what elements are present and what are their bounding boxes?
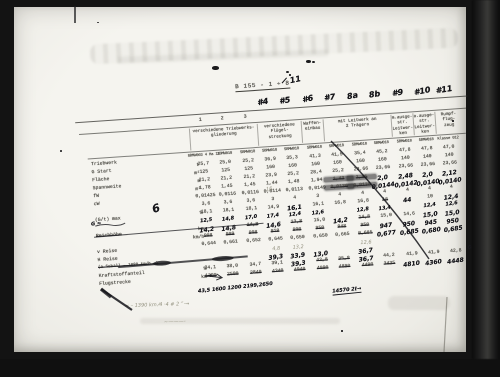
row-label: Flugstrecke xyxy=(99,280,131,287)
row-label: Triebwerk xyxy=(91,161,117,168)
annotation: 14570 2ℓ→ xyxy=(332,286,362,296)
annotation: G xyxy=(467,244,472,251)
tilted-document-content: B 155 - 1 ÷ 8 11 123#4#5#6#78a8b#9#10#11… xyxy=(0,0,500,359)
column-number-handwritten: #7 xyxy=(324,92,336,102)
column-number: 3 xyxy=(235,113,255,120)
annotation: ≈ – 1390 km ⁄4 ·4 # 2 ‴·⇝ xyxy=(125,301,190,309)
column-number-handwritten: #6 xyxy=(301,93,314,104)
annotation: 43,5 1600 1200 2199,2650 xyxy=(198,281,273,295)
table-cell-pencil: 13,2 xyxy=(283,243,313,251)
row-label: v Reise xyxy=(97,249,117,255)
row-label: (a Schall – 1080 km/h –) xyxy=(98,262,158,270)
group-header: o.ausge- str. Leitwer- ken xyxy=(412,112,435,135)
column-number-handwritten: 8b xyxy=(368,89,381,100)
row-label: Reichhöhe xyxy=(96,232,122,239)
scan-speck xyxy=(60,150,62,152)
column-number-handwritten: #11 xyxy=(435,84,453,95)
table-cell: 47,0 xyxy=(434,144,464,151)
annotation: 16 xyxy=(266,186,273,193)
group-header: m.ausge- str. Leitwer- ken xyxy=(390,113,413,136)
annotation: 6 xyxy=(150,201,161,216)
scan-speck xyxy=(289,74,291,76)
scan-speck xyxy=(341,330,343,332)
column-number-handwritten: 8a xyxy=(346,90,358,101)
row-label: cW xyxy=(94,202,100,207)
annotation: G ≈ xyxy=(91,220,102,227)
scan-speck xyxy=(306,60,311,63)
group-header: mit Leitwerk an 2 Trägern xyxy=(323,115,392,142)
row-label: fW xyxy=(93,194,99,199)
column-number-handwritten: #10 xyxy=(413,85,431,97)
row-label: Kraftstoffanteil xyxy=(99,271,145,279)
column-number: 2 xyxy=(212,115,232,122)
scan-speck xyxy=(286,71,289,73)
annotation: → xyxy=(207,272,213,279)
annotation: ∼———– xyxy=(164,318,186,325)
scan-speck xyxy=(97,22,99,23)
row-label: G Start xyxy=(91,169,111,175)
scan-speck xyxy=(452,120,454,122)
scan-speck xyxy=(212,66,219,70)
row-label: Fläche xyxy=(92,177,110,183)
group-header: Waffen- einbau xyxy=(301,119,324,142)
page-title: B 155 - 1 ÷ 8 xyxy=(235,80,290,93)
group-header: verschiedene Flügel- streckung xyxy=(257,121,302,146)
scan-speck xyxy=(312,61,315,63)
table-cell: 42,8 xyxy=(441,248,471,255)
table-cell: 4 xyxy=(436,184,466,191)
column-number-handwritten: #4 xyxy=(257,97,270,108)
column-number-handwritten: #5 xyxy=(279,95,291,105)
table-cell: 140 xyxy=(434,152,464,159)
table-cell: 23,66 xyxy=(435,160,465,167)
table-cell: Klasse 012 xyxy=(433,136,463,142)
row-label: H Reise xyxy=(97,257,117,263)
row-label: Spannweite xyxy=(93,184,122,191)
column-number: 1 xyxy=(190,116,210,123)
column-number-handwritten: #9 xyxy=(391,88,403,98)
group-header: verschiedene Triebwerks- gliederung xyxy=(189,124,258,151)
table-cell-pencil: 12,6 xyxy=(351,238,381,246)
photo-background: B 155 - 1 ÷ 8 11 123#4#5#6#78a8b#9#10#11… xyxy=(0,0,500,359)
group-header: Rumpf- flug- zeug xyxy=(434,110,462,134)
page-title-handwritten-number: 11 xyxy=(289,74,302,85)
